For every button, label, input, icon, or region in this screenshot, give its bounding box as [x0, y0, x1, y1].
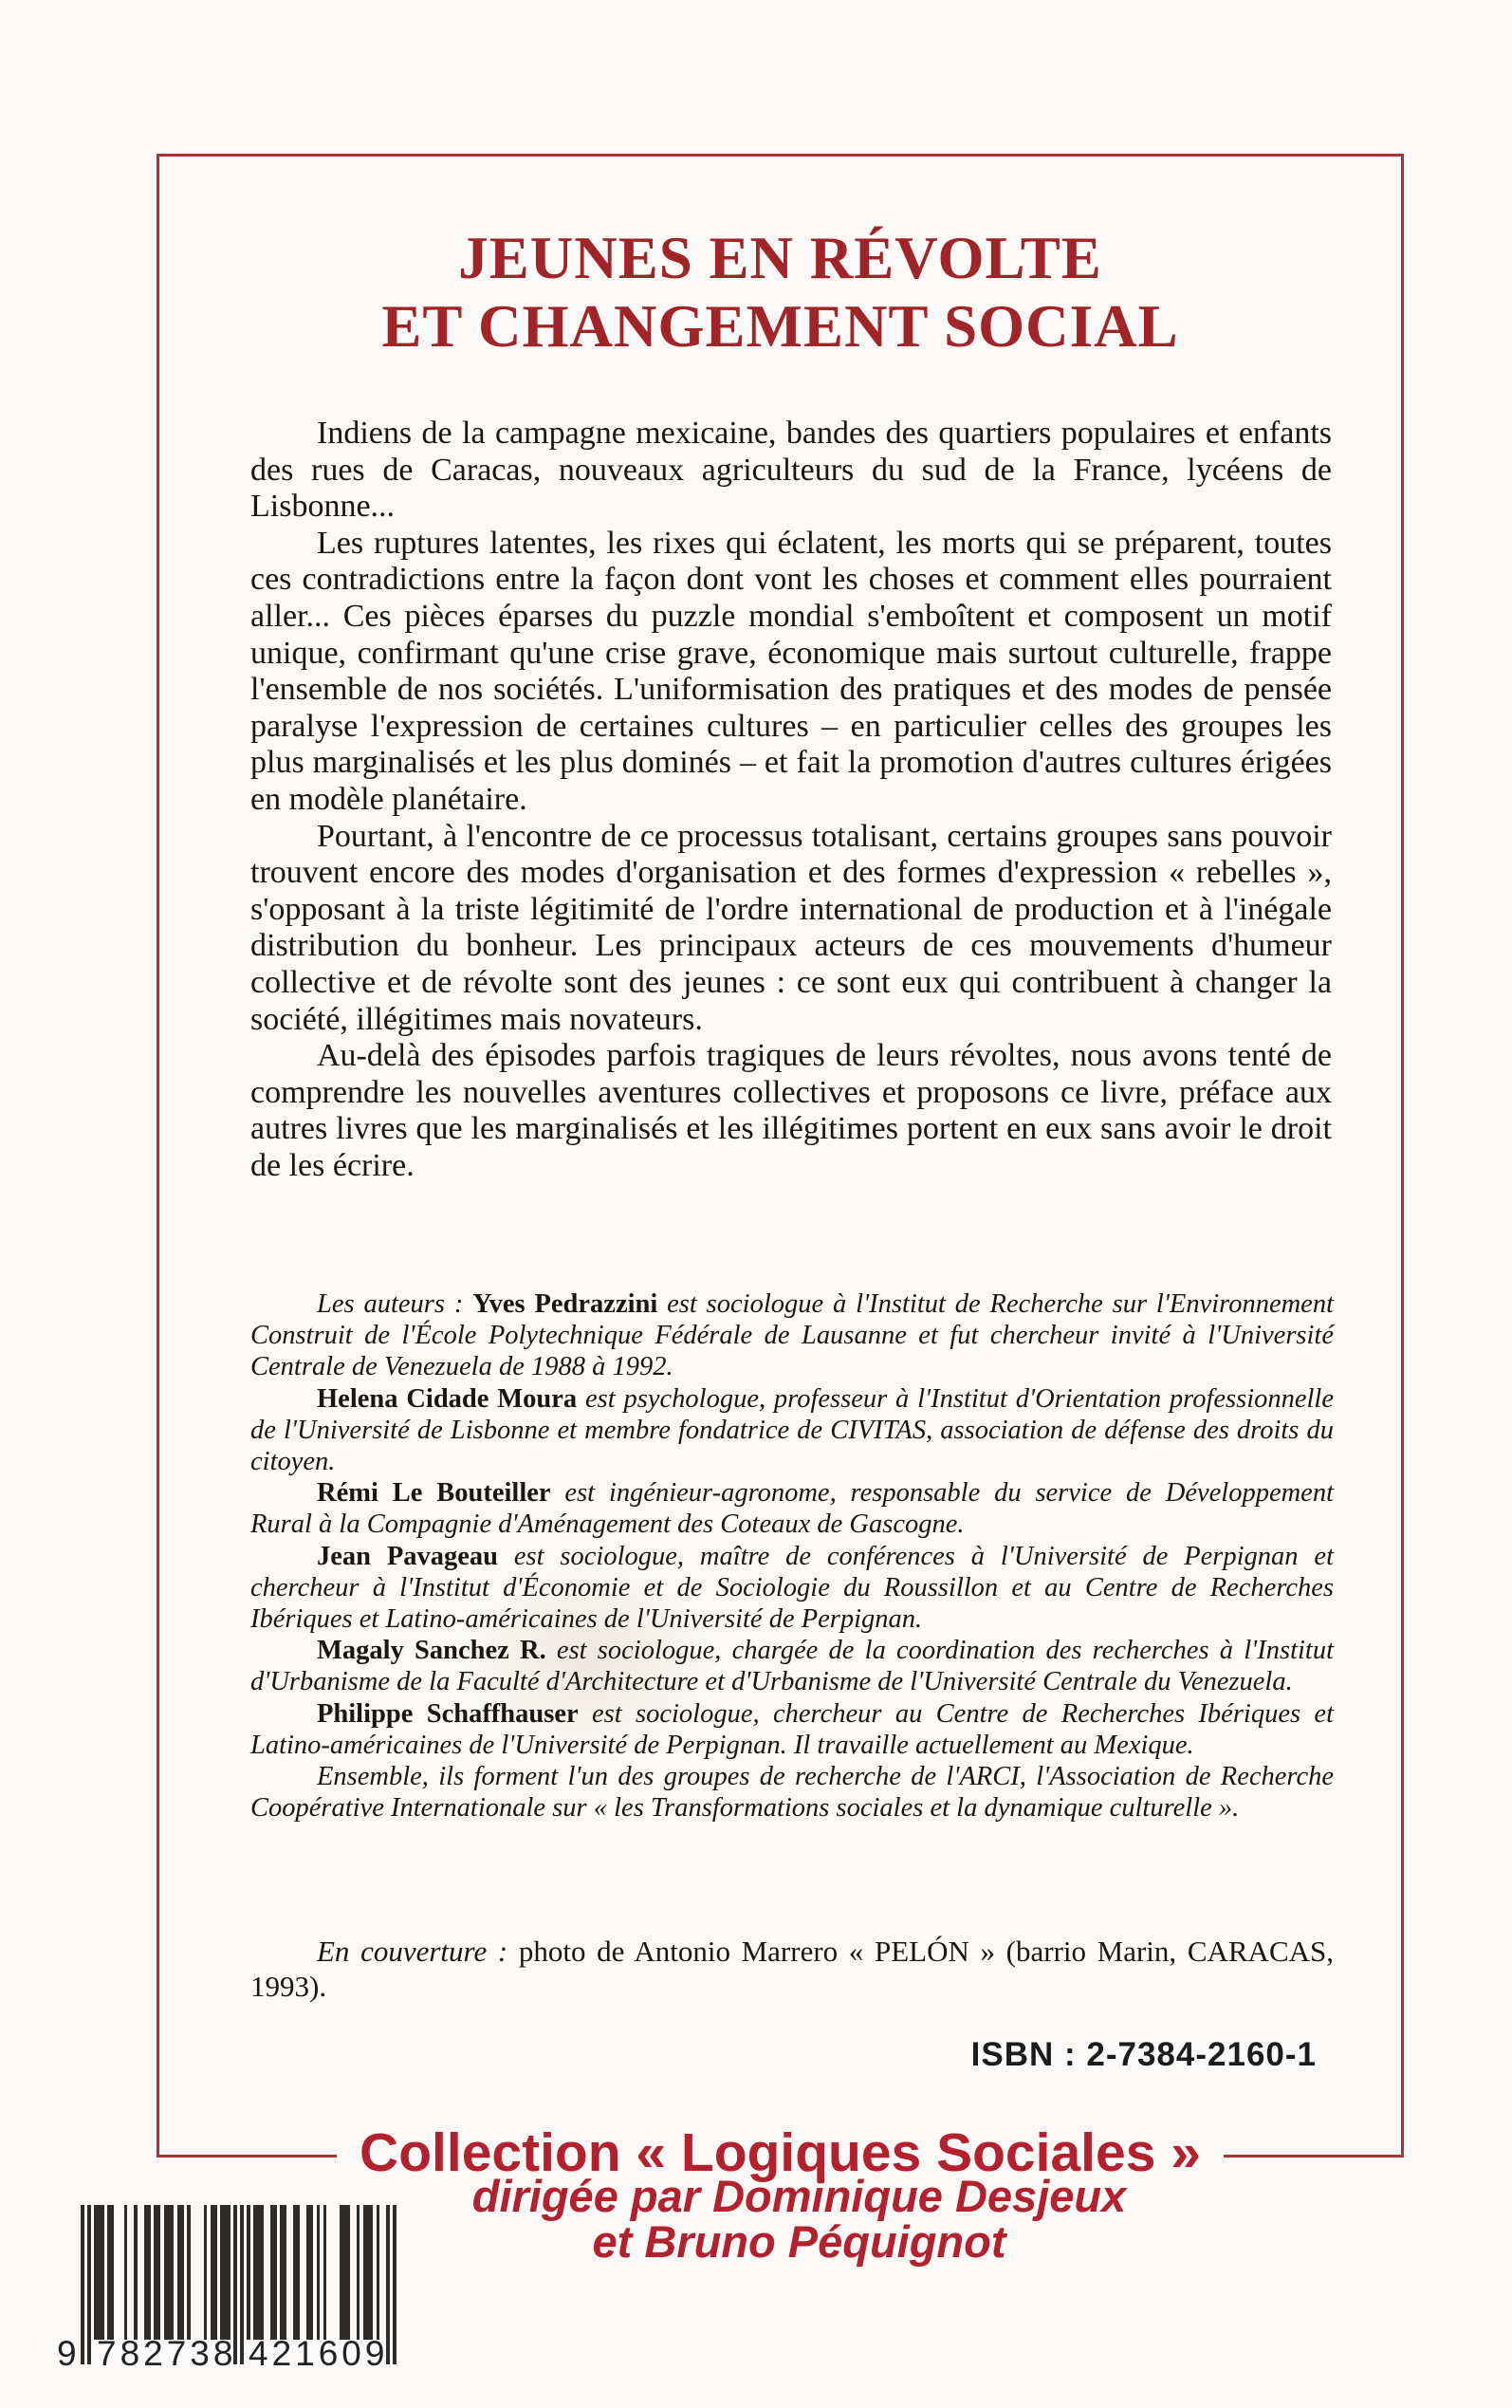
isbn-number: ISBN : 2-7384-2160-1 [250, 2036, 1317, 2074]
cover-note: En couverture : photo de Antonio Marrero… [250, 1934, 1334, 2004]
author-entry: Philippe Schaffhauser est sociologue, ch… [250, 1698, 1334, 1761]
author-name: Rémi Le Bouteiller [317, 1478, 551, 1508]
author-name: Jean Pavageau [317, 1542, 498, 1571]
cover-note-paragraph: En couverture : photo de Antonio Marrero… [250, 1934, 1334, 2004]
book-title-line1: JEUNES EN RÉVOLTE [157, 224, 1404, 292]
synopsis-paragraph: Au-delà des épisodes parfois tragiques d… [250, 1038, 1332, 1184]
author-name: Magaly Sanchez R. [317, 1636, 546, 1665]
book-title: JEUNES EN RÉVOLTE ET CHANGEMENT SOCIAL [157, 224, 1404, 361]
synopsis-paragraph: Pourtant, à l'encontre de ce processus t… [250, 819, 1332, 1039]
author-entry: Rémi Le Bouteiller est ingénieur-agronom… [250, 1477, 1334, 1540]
authors-closing-paragraph: Ensemble, ils forment l'un des groupes d… [250, 1761, 1334, 1824]
author-name: Helena Cidade Moura [317, 1384, 577, 1414]
authors-block: Les auteurs : Yves Pedrazzini est sociol… [250, 1288, 1334, 1824]
author-name: Philippe Schaffhauser [317, 1699, 579, 1729]
author-name: Yves Pedrazzini [472, 1289, 657, 1319]
barcode-digits-right: 421609 [249, 2334, 388, 2374]
book-back-cover: { "colors": { "title_red": "#a02428", "b… [0, 0, 1512, 2408]
synopsis-paragraph: Les ruptures latentes, les rixes qui écl… [250, 526, 1332, 819]
author-entry: Magaly Sanchez R. est sociologue, chargé… [250, 1635, 1334, 1697]
book-title-line2: ET CHANGEMENT SOCIAL [157, 292, 1404, 361]
synopsis: Indiens de la campagne mexicaine, bandes… [250, 416, 1332, 1184]
cover-note-label: En couverture : [317, 1935, 507, 1968]
authors-intro-label: Les auteurs : [317, 1289, 472, 1319]
barcode-digit-prefix: 9 [57, 2334, 77, 2374]
barcode-bar [393, 2205, 396, 2364]
author-entry: Les auteurs : Yves Pedrazzini est sociol… [250, 1288, 1334, 1383]
author-entry: Jean Pavageau est sociologue, maître de … [250, 1541, 1334, 1636]
synopsis-paragraph: Indiens de la campagne mexicaine, bandes… [250, 416, 1332, 526]
author-entry: Helena Cidade Moura est psychologue, pro… [250, 1383, 1334, 1478]
barcode-digits-left: 782738 [97, 2334, 236, 2374]
